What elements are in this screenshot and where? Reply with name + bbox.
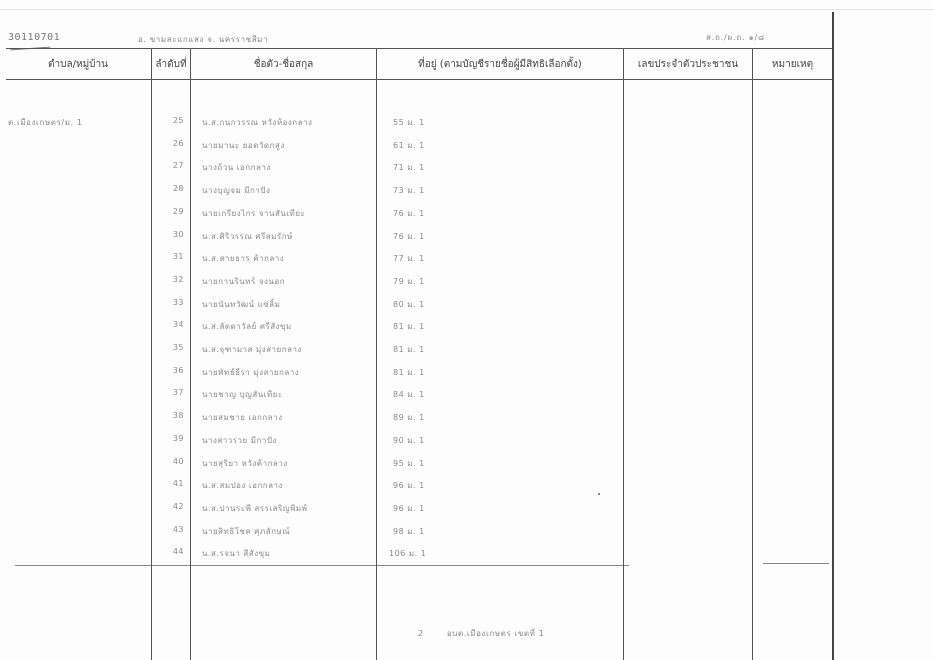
row-name: นายนันทวัฒน์ แซ่ลิ้ม: [202, 298, 280, 311]
row-order: 44: [154, 547, 184, 556]
header-address: ที่อยู่ (ตามบัญชีรายชื่อผู้มีสิทธิเลือกต…: [377, 52, 623, 78]
row-address: 95 ม. 1: [393, 457, 425, 470]
row-order: 36: [154, 366, 184, 375]
row-order: 30: [154, 230, 184, 239]
section-separator-right: [763, 563, 829, 564]
row-order: 34: [154, 320, 184, 329]
row-order: 26: [154, 139, 184, 148]
row-address: 80 ม. 1: [393, 298, 425, 311]
header-order: ลำดับที่: [151, 52, 191, 78]
form-code: ส.ถ./ผ.ถ. ๑/๘: [706, 31, 765, 44]
row-order: 39: [154, 434, 184, 443]
row-name: นางถ้วน เอกกลาง: [202, 161, 271, 174]
row-name: นายเกรียงไกร จานสันเทียะ: [202, 207, 305, 220]
row-name: นางสาวรวย มีกาปัง: [202, 434, 277, 447]
row-name: นายสุริยา หวังค้ากลาง: [202, 457, 288, 470]
row-order: 29: [154, 207, 184, 216]
row-order: 28: [154, 184, 184, 193]
row-address: 71 ม. 1: [393, 161, 425, 174]
header-bottom-border: [6, 79, 832, 80]
row-name: นายชาญ บุญสันเทียะ: [202, 388, 283, 401]
row-address: 61 ม. 1: [393, 139, 425, 152]
page-top-edge: [0, 9, 934, 10]
footer-unit-label: อบต.เมืองเกษตร เขตที่ 1: [447, 629, 545, 638]
row-order: 25: [154, 116, 184, 125]
row-order: 40: [154, 457, 184, 466]
row-address: 81 ม. 1: [393, 320, 425, 333]
row-order: 37: [154, 388, 184, 397]
row-name: น.ส.จุฑามาส มุ่งสายกลาง: [202, 343, 302, 356]
subdistrict-label: ต.เมืองเกษตร/ม. 1: [8, 116, 83, 129]
row-address: 55 ม. 1: [393, 116, 425, 129]
row-name: นายมานะ ยอดวัดกสูง: [202, 139, 285, 152]
row-address: 106 ม. 1: [389, 547, 426, 560]
row-order: 32: [154, 275, 184, 284]
row-order: 43: [154, 525, 184, 534]
row-order: 31: [154, 252, 184, 261]
row-order: 27: [154, 161, 184, 170]
footer-page-number: 2: [418, 629, 424, 638]
section-separator-left: [15, 565, 629, 566]
col-divider-id: [623, 48, 624, 660]
row-name: น.ส.ศิริวรรณ ศรีสมรักษ์: [202, 230, 293, 243]
row-order: 42: [154, 502, 184, 511]
row-address: 81 ม. 1: [393, 366, 425, 379]
footer-note: 2 อบต.เมืองเกษตร เขตที่ 1: [418, 627, 544, 640]
row-address: 96 ม. 1: [393, 502, 425, 515]
scan-speck: [598, 493, 600, 495]
row-address: 79 ม. 1: [393, 275, 425, 288]
table-top-border: [6, 48, 832, 49]
col-divider-address: [376, 48, 377, 660]
row-name: น.ส.รจนา สีสังขุม: [202, 547, 270, 560]
row-address: 96 ม. 1: [393, 479, 425, 492]
scanned-document-page: 30110701 อ. ขามสะแกแสง จ. นครราชสีมา ส.ถ…: [0, 0, 934, 660]
row-name: น.ส.สายธาร ค้ากลาง: [202, 252, 284, 265]
row-name: นายกานรินทร์ จงนอก: [202, 275, 285, 288]
header-name: ชื่อตัว-ชื่อสกุล: [191, 52, 376, 78]
col-divider-name: [190, 48, 191, 660]
row-order: 35: [154, 343, 184, 352]
row-order: 41: [154, 479, 184, 488]
row-name: น.ส.ลัดดาวัลย์ ศรีสังขุม: [202, 320, 292, 333]
row-order: 33: [154, 298, 184, 307]
row-address: 76 ม. 1: [393, 230, 425, 243]
row-name: น.ส.สมปอง เอกกลาง: [202, 479, 283, 492]
district-province-line: อ. ขามสะแกแสง จ. นครราชสีมา: [138, 33, 268, 46]
row-name: นายสมชาย เอกกลาง: [202, 411, 282, 424]
row-address: 73 ม. 1: [393, 184, 425, 197]
row-name: นายพัทธ์ธีรา มุ่งสายกลาง: [202, 366, 299, 379]
row-name: น.ส.ปานระพี สรรเสริญพิมพ์: [202, 502, 307, 515]
row-address: 89 ม. 1: [393, 411, 425, 424]
table-right-border: [832, 12, 834, 660]
row-name: นายสิทธิโชค ศุภลักษณ์: [202, 525, 290, 538]
row-address: 90 ม. 1: [393, 434, 425, 447]
header-subdistrict: ตำบล/หมู่บ้าน: [6, 52, 150, 78]
row-name: นางบุญจม มีกาปัง: [202, 184, 270, 197]
row-address: 98 ม. 1: [393, 525, 425, 538]
row-address: 84 ม. 1: [393, 388, 425, 401]
row-address: 76 ม. 1: [393, 207, 425, 220]
header-remark: หมายเหตุ: [753, 52, 832, 78]
header-id-number: เลขประจำตัวประชาชน: [624, 52, 752, 78]
row-name: น.ส.กนกวรรณ หวังห้องกลาง: [202, 116, 312, 129]
row-order: 38: [154, 411, 184, 420]
row-address: 81 ม. 1: [393, 343, 425, 356]
col-divider-order: [151, 48, 152, 660]
row-address: 77 ม. 1: [393, 252, 425, 265]
col-divider-remark: [752, 48, 753, 660]
